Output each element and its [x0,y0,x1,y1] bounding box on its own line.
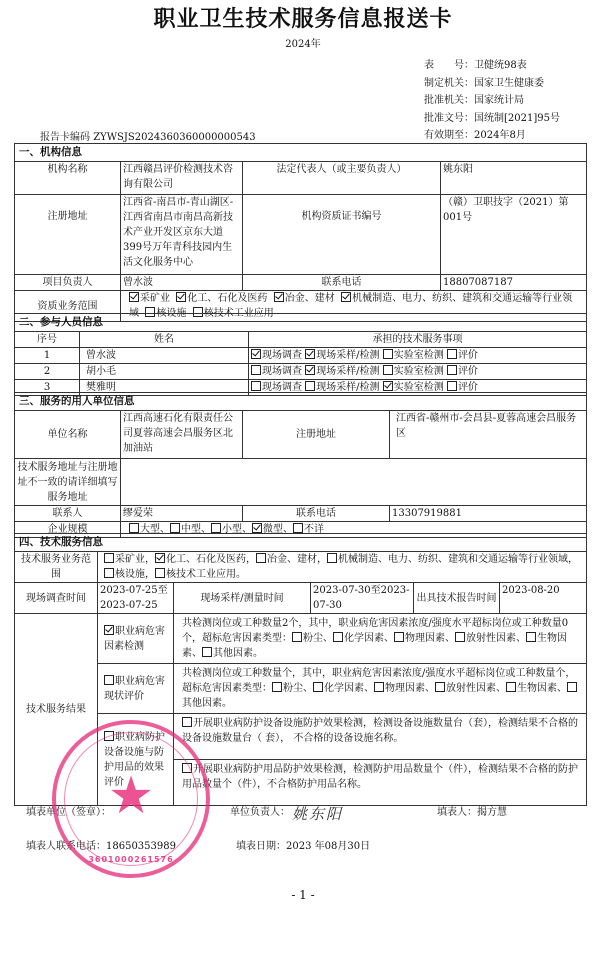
checkbox-icon[interactable] [383,349,393,359]
checkbox-icon[interactable] [447,381,457,391]
seal-number: 3601000261576 [56,855,206,864]
checkbox-icon[interactable] [305,381,315,391]
employer-table: 三、服务的用人单位信息 单位名称 江西高速石化有限责任公司夏蓉高速会昌服务区北加… [14,392,587,538]
filler: 填表人：揭方慧 [437,803,507,818]
personnel-table: 二、参与人员信息 序号 姓名 承担的技术服务事项 1 曾水波 现场调查 现场采样… [14,313,587,396]
scope-mining: 采矿业 [129,293,170,304]
checkbox-checked-icon[interactable] [155,553,165,563]
checkbox-icon[interactable] [251,381,261,391]
responsible-label: 单位负责人： [230,803,290,818]
checkbox-icon[interactable] [155,568,165,578]
checkbox-icon[interactable] [129,523,139,533]
reg-address: 江西省-南昌市-青山湖区-江西省南昌市南昌高新技术产业开发区京东大道399号万年… [121,195,243,275]
checkbox-icon[interactable] [293,523,303,533]
section-title: 一、机构信息 [15,144,587,162]
checkbox-icon[interactable] [455,632,465,642]
cert-no-label: 机构资质证书编号 [243,195,441,275]
checkbox-icon[interactable] [333,632,343,642]
checkbox-icon[interactable] [567,682,577,692]
service-address-label: 技术服务地址与注册地址不一致的请详细填写服务地址 [15,459,121,506]
checkbox-checked-icon[interactable] [383,381,393,391]
evaluation-result: 共检测岗位或工种数量个，其中，职业病危害因素浓度/强度水平超标岗位或工种数量个，… [174,664,587,714]
survey-time-label: 现场调查时间 [15,583,98,614]
checkbox-checked-icon[interactable] [274,292,284,302]
phone: 18807087187 [441,275,587,291]
checkbox-icon[interactable] [182,717,192,727]
checkbox-icon[interactable] [104,553,114,563]
checkbox-checked-icon[interactable] [305,365,315,375]
service-table: 四、技术服务信息 技术服务业务范围 采矿业，化工、石化及医药，冶金、建材，机械制… [14,533,587,806]
checkbox-icon[interactable] [272,682,282,692]
checkbox-icon[interactable] [447,349,457,359]
section-title: 二、参与人员信息 [15,314,587,332]
service-scope-options: 采矿业，化工、石化及医药，冶金、建材，机械制造、电力、纺织、建筑和交通运输等行业… [98,552,587,583]
meta-approval-no: 批准文号：国统制[2021]95号 [424,110,560,128]
checkbox-icon[interactable] [526,632,536,642]
header-name: 姓名 [80,332,249,348]
checkbox-icon[interactable] [394,632,404,642]
unit-phone-label: 联系电话 [243,506,390,522]
protection-item: 职业病防护设备设施与防护用品的效果评价 [98,714,174,806]
checkbox-icon[interactable] [104,731,114,741]
report-time-label: 出具技术报告时间 [414,583,500,614]
reg-address-label: 注册地址 [15,195,121,275]
detection-item: 职业病危害因素检测 [98,614,174,664]
checkbox-checked-icon[interactable] [341,292,351,302]
task-options: 现场调查 现场采样/检测 实验室检测 评价 [249,348,587,364]
results-label: 技术服务结果 [15,614,98,806]
checkbox-icon[interactable] [313,682,323,692]
sampling-time-label: 现场采样/测量时间 [174,583,311,614]
checkbox-checked-icon[interactable] [251,349,261,359]
cert-no: （赣）卫职技字（2021）第001号 [441,195,587,275]
survey-time: 2023-07-25至2023-07-25 [98,583,174,614]
legal-rep-label: 法定代表人（或主要负责人） [243,162,441,195]
meta-issuer: 制定机关：国家卫生健康委 [424,75,560,93]
unit-phone: 13307919881 [390,506,587,522]
sampling-time: 2023-07-30至2023-07-30 [311,583,414,614]
checkbox-icon[interactable] [256,553,266,563]
scope-metallurgy: 冶金、建材 [274,293,335,304]
checkbox-checked-icon[interactable] [252,523,262,533]
responsible-signature: 姚东阳 [292,803,343,824]
checkbox-icon[interactable] [170,523,180,533]
org-name-label: 机构名称 [15,162,121,195]
checkbox-icon[interactable] [104,675,114,685]
project-lead: 曾水波 [121,275,243,291]
checkbox-checked-icon[interactable] [104,625,114,635]
checkbox-icon[interactable] [211,523,221,533]
checkbox-icon[interactable] [506,682,516,692]
unit-reg-address: 江西省-赣州市-会昌县-夏蓉高速会昌服务区 [390,411,587,459]
checkbox-icon[interactable] [435,682,445,692]
checkbox-checked-icon[interactable] [176,292,186,302]
checkbox-icon[interactable] [104,568,114,578]
report-time: 2023-08-20 [500,583,587,614]
header-tasks: 承担的技术服务事项 [249,332,587,348]
ppe-result: 开展职业病防护用品防护效果检测，检测防护用品数量个（件），检测结果不合格的防护用… [174,760,587,806]
checkbox-checked-icon[interactable] [129,292,139,302]
fill-date: 填表日期：2023 年08月30日 [236,837,370,852]
checkbox-checked-icon[interactable] [305,349,315,359]
service-address[interactable] [121,459,587,506]
phone-label: 联系电话 [243,275,441,291]
contact: 缪爱荣 [121,506,243,522]
meta-approver: 批准机关：国家统计局 [424,92,560,110]
unit-name: 江西高速石化有限责任公司夏蓉高速会昌服务区北加油站 [121,411,243,459]
evaluation-item: 职业病危害现状评价 [98,664,174,714]
table-row: 2 胡小毛 现场调查 现场采样/检测 实验室检测 评价 [15,364,587,380]
checkbox-icon[interactable] [374,682,384,692]
table-row: 1 曾水波 现场调查 现场采样/检测 实验室检测 评价 [15,348,587,364]
contact-label: 联系人 [15,506,121,522]
form-meta: 表 号：卫健统98表 制定机关：国家卫生健康委 批准机关：国家统计局 批准文号：… [424,57,560,145]
meta-valid-until: 有效期至：2024年8月 [424,127,560,145]
checkbox-icon[interactable] [447,365,457,375]
card-code: 报告卡编码 ZYWSJS2024360360000000543 [40,128,256,143]
checkbox-icon[interactable] [327,553,337,563]
unit-name-label: 单位名称 [15,411,121,459]
filler-phone: 填表人联系电话：18650353989 [26,837,176,852]
header-no: 序号 [15,332,80,348]
checkbox-icon[interactable] [182,763,192,773]
checkbox-icon[interactable] [251,365,261,375]
checkbox-icon[interactable] [292,632,302,642]
org-info-table: 一、机构信息 机构名称 江西赣昌评价检测技术咨询有限公司 法定代表人（或主要负责… [14,143,587,322]
org-name: 江西赣昌评价检测技术咨询有限公司 [121,162,243,195]
checkbox-icon[interactable] [383,365,393,375]
checkbox-icon[interactable] [202,647,212,657]
unit-reg-address-label: 注册地址 [243,411,390,459]
meta-form-number: 表 号：卫健统98表 [424,57,560,75]
project-lead-label: 项目负责人 [15,275,121,291]
report-year: 2024年 [0,35,606,50]
legal-rep: 姚东阳 [441,162,587,195]
fill-unit: 填表单位（签章）： [26,803,111,818]
equipment-result: 开展职业病防护设备设施防护效果检测，检测设备设施数量台（套），检测结果不合格的设… [174,714,587,760]
scope-chemical: 化工、石化及医药 [176,293,267,304]
task-options: 现场调查 现场采样/检测 实验室检测 评价 [249,364,587,380]
section-title: 三、服务的用人单位信息 [15,393,587,411]
page-number: - 1 - [0,888,606,902]
page-title: 职业卫生技术服务信息报送卡 [0,2,606,33]
detection-result: 共检测岗位或工种数量2个，其中，职业病危害因素浓度/强度水平超标岗位或工种数量0… [174,614,587,664]
service-scope-label: 技术服务业务范围 [15,552,98,583]
section-title: 四、技术服务信息 [15,534,587,552]
